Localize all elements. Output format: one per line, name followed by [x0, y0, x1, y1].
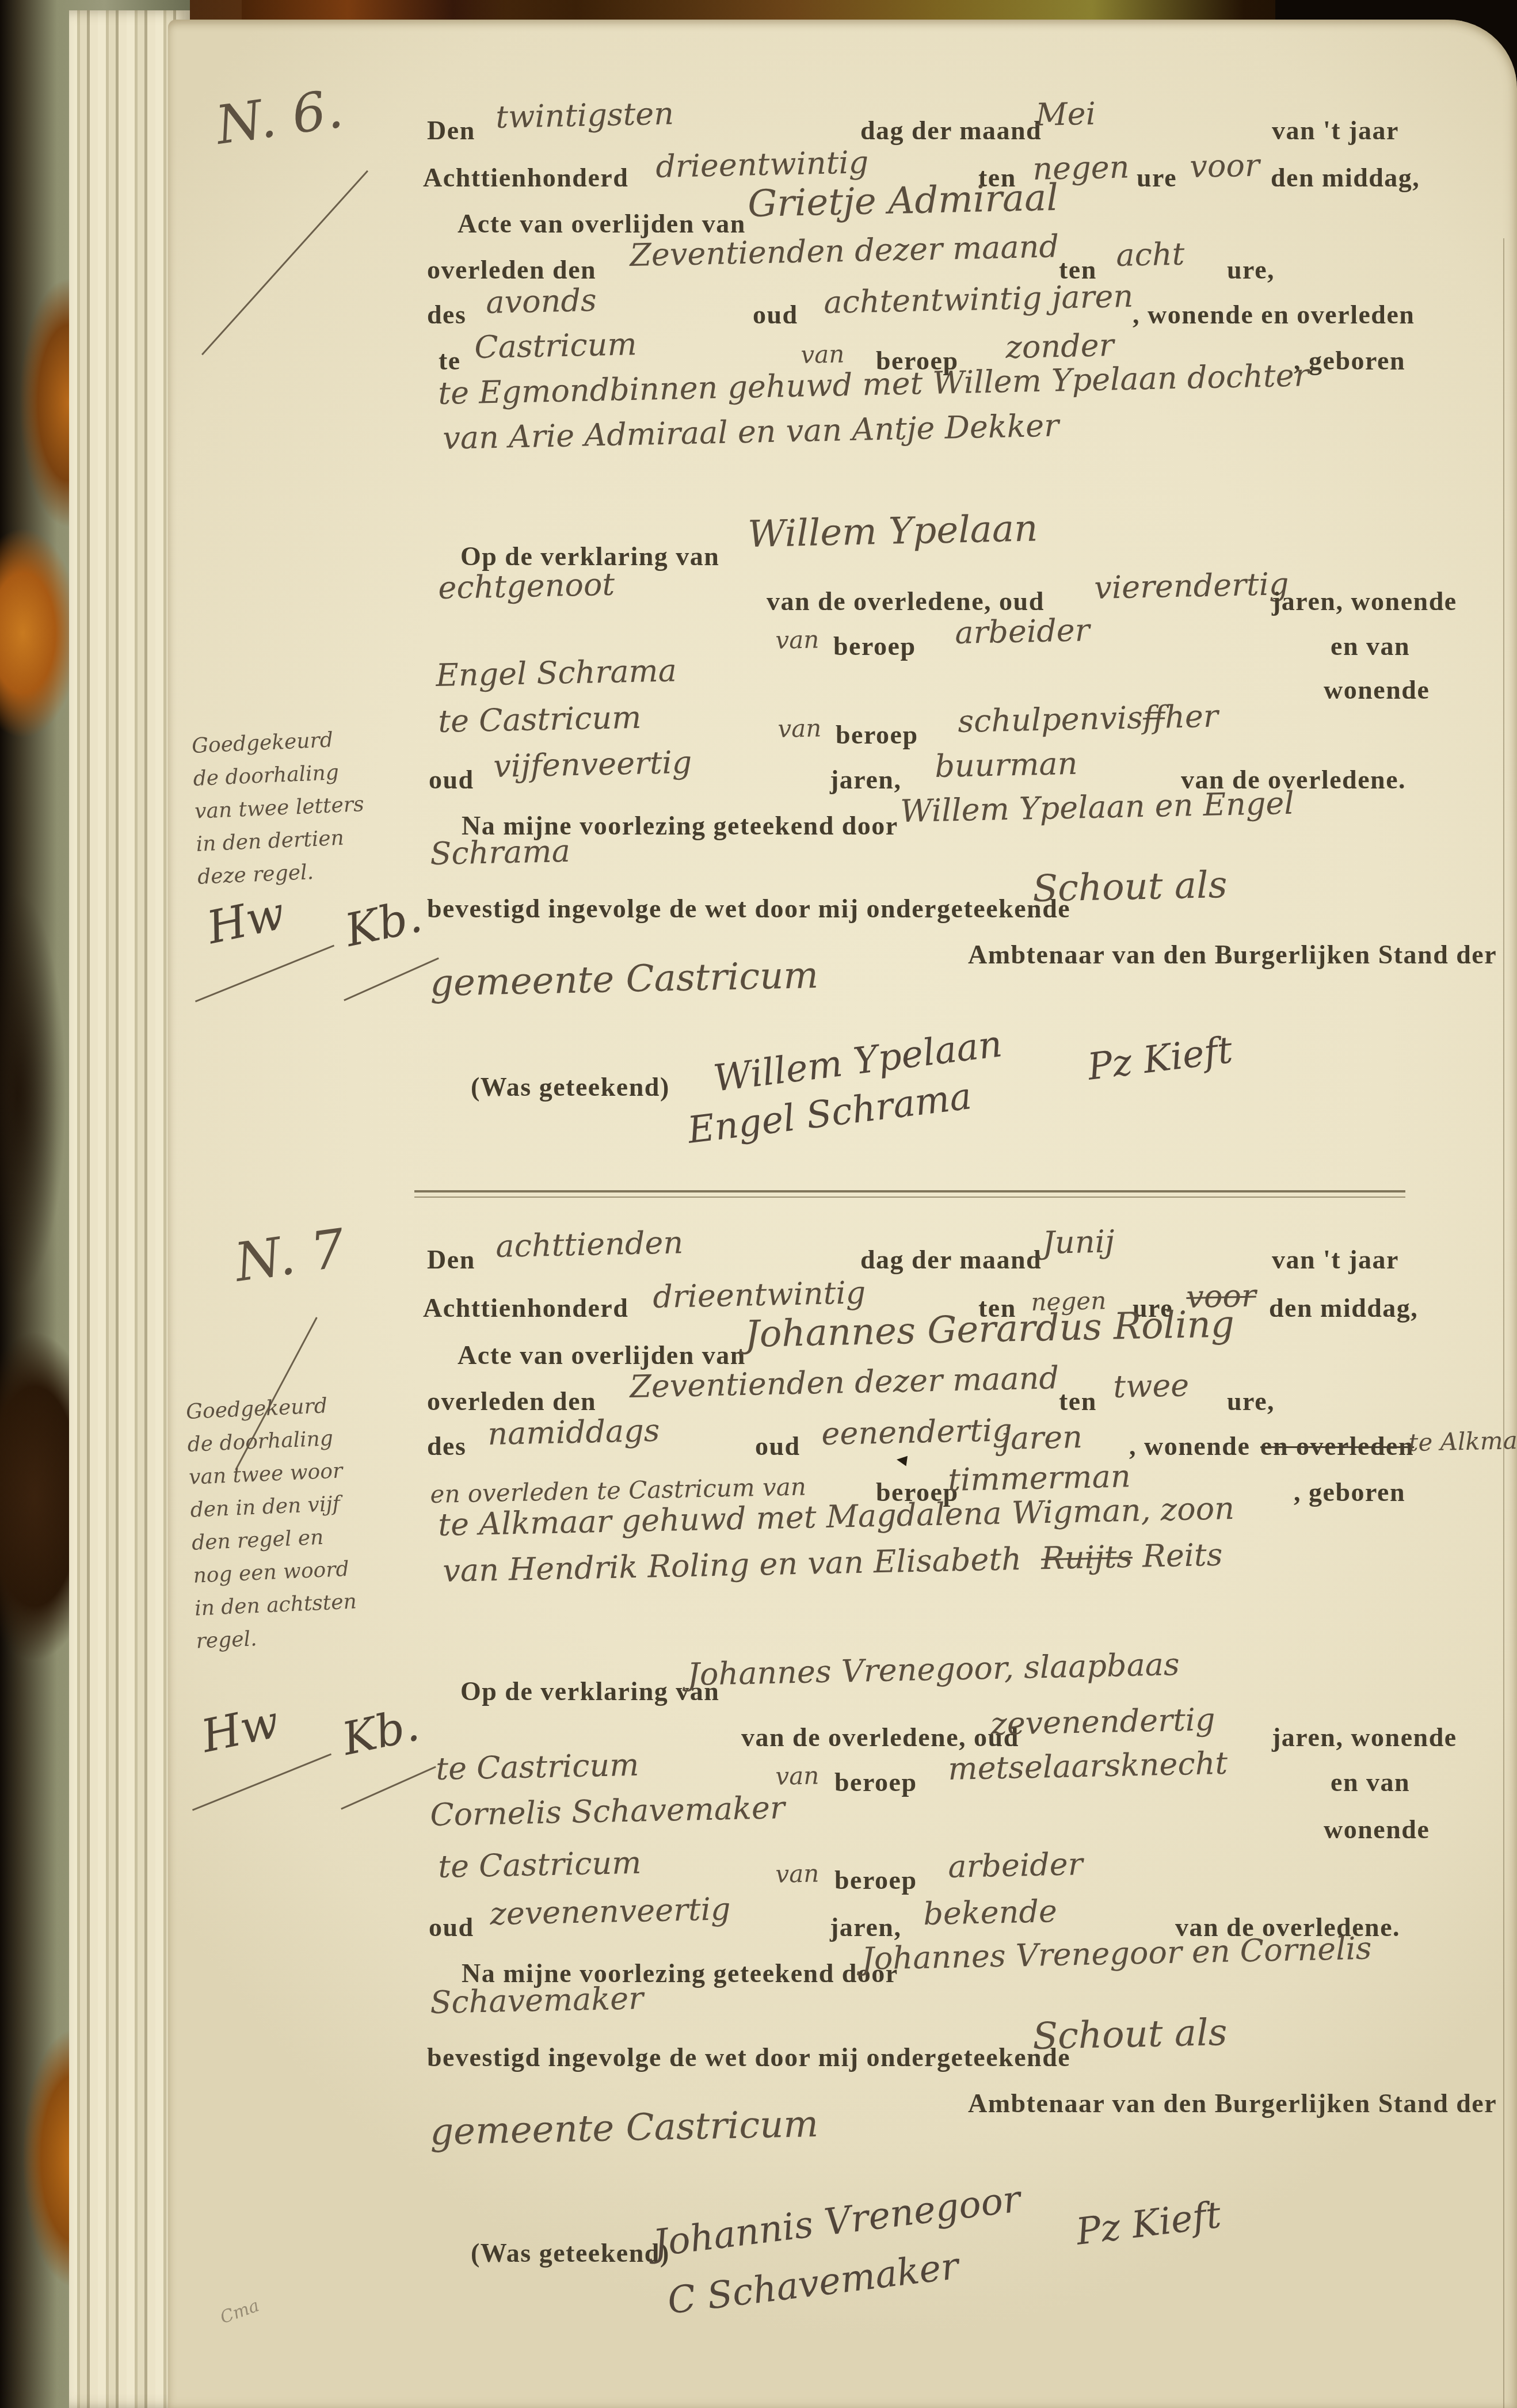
- printed-label: wonende: [1324, 675, 1430, 705]
- printed-label: ure: [1137, 162, 1177, 193]
- handwritten-entry: jaren: [1001, 1419, 1083, 1457]
- printed-label: Achttienhonderd: [423, 1293, 628, 1323]
- printed-label: oud: [753, 299, 798, 330]
- handwritten-entry: Willem Ypelaan: [747, 507, 1038, 556]
- printed-label: Acte van overlijden van: [458, 208, 746, 239]
- printed-label: bevestigd ingevolge de wet door mij onde…: [427, 893, 1070, 924]
- printed-label: beroep: [834, 1865, 917, 1895]
- printed-label: van de overledene, oud: [741, 1722, 1019, 1752]
- struck-name: Ruijts: [1040, 1538, 1133, 1576]
- scanned-register-photo: { "colors":{"page_bg":"#ece4c8","printed…: [0, 0, 1517, 2408]
- handwritten-entry: achtentwintig jaren: [824, 278, 1134, 321]
- printed-label: jaren,: [830, 1912, 901, 1942]
- printed-label: bevestigd ingevolge de wet door mij onde…: [427, 2042, 1070, 2072]
- handwritten-entry: schulpenvisffher: [958, 698, 1219, 740]
- handwritten-entry: van: [801, 340, 845, 369]
- handwritten-entry: namiddags: [487, 1412, 660, 1452]
- struck-letters: ff: [1142, 699, 1165, 736]
- printed-label: ure,: [1227, 254, 1275, 285]
- printed-label: wonende: [1324, 1814, 1430, 1845]
- handwritten-entry: drieentwintig: [655, 144, 869, 185]
- printed-label: overleden den: [427, 254, 596, 285]
- handwritten-entry: te Alkmaar: [1408, 1426, 1517, 1457]
- margin-annotation: Goedgekeurd de doorhaling van twee woor …: [185, 1389, 359, 1658]
- printed-label: ure,: [1227, 1386, 1275, 1416]
- handwritten-entry: echtgenoot: [438, 566, 615, 606]
- handwritten-entry: metselaarsknecht: [948, 1745, 1228, 1787]
- handwritten-entry: bekende: [923, 1893, 1058, 1932]
- handwritten-entry: van: [775, 625, 820, 654]
- handwritten-entry: Engel Schrama: [436, 652, 677, 694]
- handwritten-entry: van: [775, 1859, 820, 1888]
- handwritten-entry: gemeente Castricum: [429, 2103, 818, 2154]
- handwritten-entry: gemeente Castricum: [429, 954, 818, 1005]
- printed-label: den middag,: [1269, 1293, 1418, 1323]
- handwritten-entry: zevenenveertig: [490, 1891, 731, 1932]
- printed-label: Achttienhonderd: [423, 162, 628, 193]
- printed-label: den middag,: [1271, 162, 1420, 193]
- handwritten-entry: timmerman: [948, 1458, 1131, 1498]
- printed-label: van de overledene, oud: [767, 586, 1045, 616]
- handwritten-entry: zonder: [1005, 327, 1114, 365]
- printed-label: beroep: [834, 1767, 917, 1797]
- handwritten-entry: arbeider: [948, 1846, 1083, 1885]
- printed-label: Den: [427, 1244, 475, 1275]
- printed-label: , wonende: [1129, 1431, 1250, 1461]
- printed-label: (Was geteekend): [471, 2238, 670, 2268]
- handwritten-entry: Castricum: [474, 326, 637, 365]
- printed-label: en van: [1331, 631, 1410, 661]
- printed-label: (Was geteekend): [471, 1072, 670, 1102]
- handwritten-entry: te Castricum: [438, 699, 642, 740]
- handwritten-entry: vijfenveertig: [493, 744, 692, 784]
- handwritten-entry: Schout als: [1032, 2011, 1228, 2058]
- divider-rule: [414, 1190, 1405, 1198]
- handwritten-entry: Cornelis Schavemaker: [430, 1789, 786, 1833]
- printed-label: beroep: [833, 631, 916, 661]
- handwritten-entry: twintigsten: [495, 96, 674, 135]
- printed-label: overleden den: [427, 1386, 596, 1416]
- printed-label: , geboren: [1294, 1477, 1405, 1507]
- handwritten-entry: van: [777, 714, 822, 743]
- printed-label: des: [427, 299, 466, 330]
- handwritten-entry: drieentwintig: [653, 1274, 866, 1315]
- handwritten-entry: Mei: [1035, 96, 1096, 133]
- printed-label: dag der maand: [860, 1244, 1042, 1275]
- handwritten-entry: voor: [1190, 147, 1260, 185]
- handwritten-entry: Junij: [1042, 1223, 1115, 1261]
- handwritten-part: Reits: [1142, 1537, 1223, 1575]
- printed-label: , geboren: [1294, 345, 1405, 376]
- handwritten-entry: te Castricum: [436, 1747, 639, 1787]
- handwritten-entry: avonds: [486, 282, 597, 321]
- handwritten-entry: Schrama: [430, 833, 571, 872]
- printed-label: jaren, wonende: [1272, 1722, 1457, 1752]
- handwritten-entry: eenendertig: [821, 1412, 1013, 1452]
- printed-label: Ambtenaar van den Burgerlijken Stand der: [968, 939, 1497, 970]
- handwritten-part: schulpenvis: [958, 699, 1144, 740]
- printed-label: oud: [429, 764, 474, 795]
- printed-label: oud: [755, 1431, 801, 1461]
- caret-mark: ◄: [892, 1449, 912, 1471]
- handwritten-entry: buurman: [935, 745, 1078, 784]
- handwritten-entry: arbeider: [955, 612, 1090, 651]
- struck-printed-label: en overleden: [1260, 1431, 1414, 1461]
- printed-label: dag der maand: [860, 115, 1042, 146]
- printed-label: oud: [429, 1912, 474, 1942]
- printed-label: des: [427, 1431, 466, 1461]
- margin-annotation: Goedgekeurd de doorhaling van twee lette…: [191, 722, 368, 894]
- handwritten-entry: twee: [1113, 1367, 1190, 1405]
- handwritten-part: her: [1164, 698, 1218, 736]
- handwritten-entry: zevenendertig: [990, 1701, 1215, 1742]
- printed-label: Den: [427, 115, 475, 146]
- printed-label: te: [439, 345, 461, 376]
- printed-label: van 't jaar: [1272, 1244, 1399, 1275]
- handwritten-entry: vierendertig: [1094, 566, 1289, 606]
- printed-label: van 't jaar: [1272, 115, 1399, 146]
- printed-label: en van: [1331, 1767, 1410, 1797]
- printed-label: Ambtenaar van den Burgerlijken Stand der: [968, 2088, 1497, 2119]
- printed-label: ten: [1059, 1386, 1097, 1416]
- printed-label: beroep: [836, 719, 918, 750]
- printed-label: jaren,: [830, 764, 901, 795]
- printed-label: , wonende en overleden: [1133, 299, 1415, 330]
- cover-leather-patch: [242, 0, 506, 20]
- handwritten-entry: te Castricum: [438, 1845, 642, 1885]
- handwritten-entry: achttienden: [495, 1224, 684, 1264]
- printed-label: jaren, wonende: [1272, 586, 1457, 616]
- handwritten-entry: Schavemaker: [430, 1980, 644, 2021]
- handwritten-entry: van: [775, 1761, 820, 1790]
- printed-label: Acte van overlijden van: [458, 1340, 746, 1370]
- handwritten-entry: Schout als: [1032, 864, 1228, 910]
- handwritten-entry: Grietje Admiraal: [747, 177, 1058, 226]
- handwritten-entry: acht: [1116, 236, 1185, 273]
- printed-label: Op de verklaring van: [460, 1676, 719, 1706]
